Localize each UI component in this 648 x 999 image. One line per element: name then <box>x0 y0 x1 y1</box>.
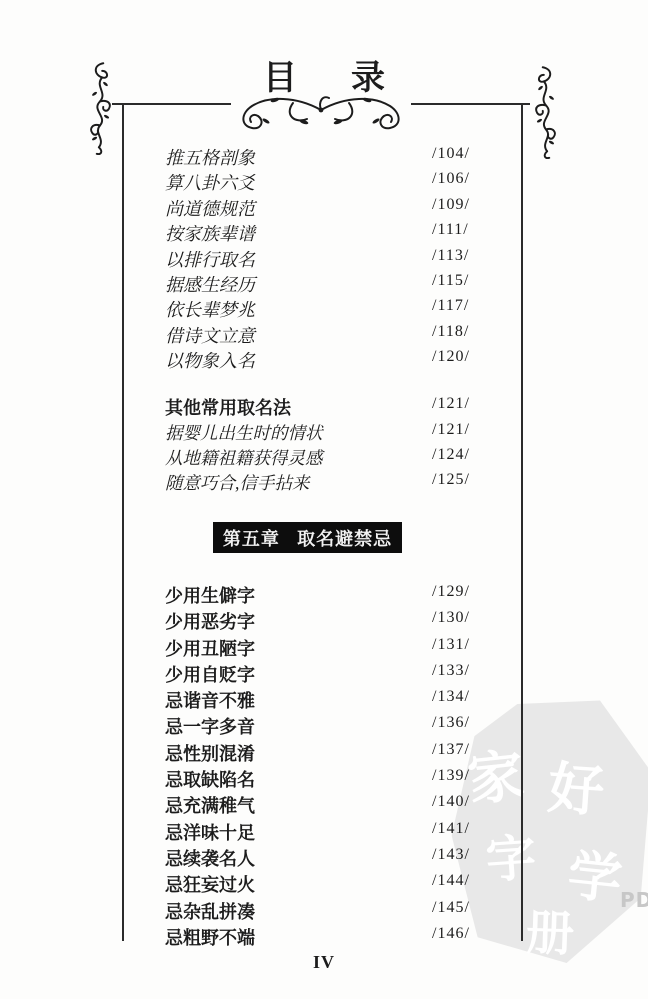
toc-entry-label: 算八卦六爻 <box>165 169 255 195</box>
toc-entry-page: /141/ <box>432 820 470 838</box>
toc-row: 以物象入名/120/ <box>165 347 510 372</box>
frame-right-rule <box>521 103 523 941</box>
toc-entry-label: 忌一字多音 <box>165 713 255 739</box>
toc-entry-page: /133/ <box>432 662 470 680</box>
toc-entry-page: /144/ <box>432 872 470 890</box>
toc-entry-page: /146/ <box>432 925 470 943</box>
toc-entry-page: /124/ <box>432 446 470 464</box>
toc-entry-page: /139/ <box>432 767 470 785</box>
toc-entry-label: 借诗文立意 <box>165 322 255 348</box>
toc-entry-label: 以排行取名 <box>165 246 255 272</box>
toc-row: 忌洋味十足/141/ <box>165 819 510 845</box>
watermark-corner-label: PD <box>620 888 648 912</box>
toc-row: 少用丑陋字/131/ <box>165 635 510 661</box>
toc-row: 忌取缺陷名/139/ <box>165 766 510 792</box>
toc-row: 忌性别混淆/137/ <box>165 740 510 766</box>
toc-row: 忌续袭名人/143/ <box>165 845 510 871</box>
toc-entry-page: /131/ <box>432 636 470 654</box>
toc-row: 少用恶劣字/130/ <box>165 608 510 634</box>
toc-entry-page: /129/ <box>432 583 470 601</box>
toc-row: 借诗文立意/118/ <box>165 322 510 347</box>
toc-entry-label: 忌粗野不端 <box>165 924 255 950</box>
toc-row: 按家族辈谱/111/ <box>165 220 510 245</box>
toc-entry-label: 忌续袭名人 <box>165 845 255 871</box>
toc-row: 以排行取名/113/ <box>165 246 510 271</box>
toc-row: 忌粗野不端/146/ <box>165 924 510 950</box>
watermark-seal-glyph: 学 <box>565 847 624 906</box>
scroll-flourish-ornament <box>208 88 434 136</box>
toc-entry-page: /106/ <box>432 170 470 188</box>
toc-section-naming-taboos: 少用生僻字/129/少用恶劣字/130/少用丑陋字/131/少用自贬字/133/… <box>165 582 510 950</box>
toc-entry-label: 按家族辈谱 <box>165 220 255 246</box>
toc-section-header-other-methods: 其他常用取名法 /121/ <box>165 394 510 419</box>
toc-row: 推五格剖象/104/ <box>165 144 510 169</box>
toc-entry-label: 少用自贬字 <box>165 661 255 687</box>
toc-entry-label: 从地籍祖籍获得灵感 <box>165 445 323 470</box>
toc-row: 忌杂乱拼凑/145/ <box>165 898 510 924</box>
scanned-book-toc-page: 家 好 字 学 册 PD 目 录 <box>0 0 648 999</box>
toc-entry-label: 据婴儿出生时的情状 <box>165 420 323 445</box>
toc-row: 尚道德规范/109/ <box>165 195 510 220</box>
toc-row: 据感生经历/115/ <box>165 271 510 296</box>
toc-entry-label: 忌充满稚气 <box>165 792 255 818</box>
floral-vine-ornament-right <box>530 64 562 160</box>
toc-section-naming-methods: 推五格剖象/104/算八卦六爻/106/尚道德规范/109/按家族辈谱/111/… <box>165 144 510 373</box>
toc-entry-label: 以物象入名 <box>165 347 255 373</box>
toc-entry-label: 忌取缺陷名 <box>165 766 255 792</box>
toc-entry-page: /137/ <box>432 741 470 759</box>
toc-entry-page: /121/ <box>432 395 470 413</box>
toc-entry-page: /125/ <box>432 471 470 489</box>
toc-row: 少用自贬字/133/ <box>165 661 510 687</box>
toc-entry-page: /111/ <box>432 221 469 239</box>
toc-entry-page: /121/ <box>432 421 470 439</box>
toc-entry-label: 少用恶劣字 <box>165 608 255 634</box>
toc-entry-label: 忌狂妄过火 <box>165 871 255 897</box>
toc-entry-page: /113/ <box>432 247 469 265</box>
toc-entry-label: 忌洋味十足 <box>165 819 255 845</box>
toc-entry-page: /130/ <box>432 609 470 627</box>
toc-entry-label: 忌谐音不雅 <box>165 687 255 713</box>
toc-row: 忌狂妄过火/144/ <box>165 871 510 897</box>
toc-entry-page: /118/ <box>432 323 469 341</box>
watermark-seal-glyph: 好 <box>546 760 606 820</box>
toc-row: 忌充满稚气/140/ <box>165 792 510 818</box>
toc-row: 忌一字多音/136/ <box>165 713 510 739</box>
toc-entry-label: 忌杂乱拼凑 <box>165 898 255 924</box>
toc-entry-page: /115/ <box>432 272 469 290</box>
chapter-banner: 第五章 取名避禁忌 <box>213 522 402 553</box>
footer-page-number: IV <box>0 952 648 973</box>
toc-entry-label: 少用生僻字 <box>165 582 255 608</box>
toc-row: 据婴儿出生时的情状/121/ <box>165 420 510 445</box>
toc-entry-page: /134/ <box>432 688 470 706</box>
toc-entry-page: /143/ <box>432 846 470 864</box>
toc-entry-page: /136/ <box>432 714 470 732</box>
toc-entry-label: 随意巧合,信手拈来 <box>165 470 309 495</box>
floral-vine-ornament-left <box>84 60 116 156</box>
toc-entry-page: /145/ <box>432 899 470 917</box>
toc-entry-page: /140/ <box>432 793 470 811</box>
toc-entry-label: 少用丑陋字 <box>165 635 255 661</box>
toc-entry-page: /109/ <box>432 196 470 214</box>
toc-section-other-methods: 据婴儿出生时的情状/121/从地籍祖籍获得灵感/124/随意巧合,信手拈来/12… <box>165 420 510 495</box>
toc-row: 少用生僻字/129/ <box>165 582 510 608</box>
toc-row: 算八卦六爻/106/ <box>165 169 510 194</box>
toc-entry-label: 忌性别混淆 <box>165 740 255 766</box>
toc-row: 依长辈梦兆/117/ <box>165 296 510 321</box>
toc-entry-page: /104/ <box>432 145 470 163</box>
toc-entry-label: 依长辈梦兆 <box>165 296 255 322</box>
toc-entry-page: /117/ <box>432 297 469 315</box>
toc-entry-label: 其他常用取名法 <box>165 394 291 420</box>
toc-entry-label: 据感生经历 <box>165 271 255 297</box>
toc-row: 其他常用取名法 /121/ <box>165 394 510 419</box>
toc-entry-label: 推五格剖象 <box>165 144 255 170</box>
frame-left-rule <box>122 103 124 941</box>
toc-entry-page: /120/ <box>432 348 470 366</box>
toc-row: 忌谐音不雅/134/ <box>165 687 510 713</box>
toc-row: 随意巧合,信手拈来/125/ <box>165 470 510 495</box>
toc-entry-label: 尚道德规范 <box>165 195 255 221</box>
toc-row: 从地籍祖籍获得灵感/124/ <box>165 445 510 470</box>
